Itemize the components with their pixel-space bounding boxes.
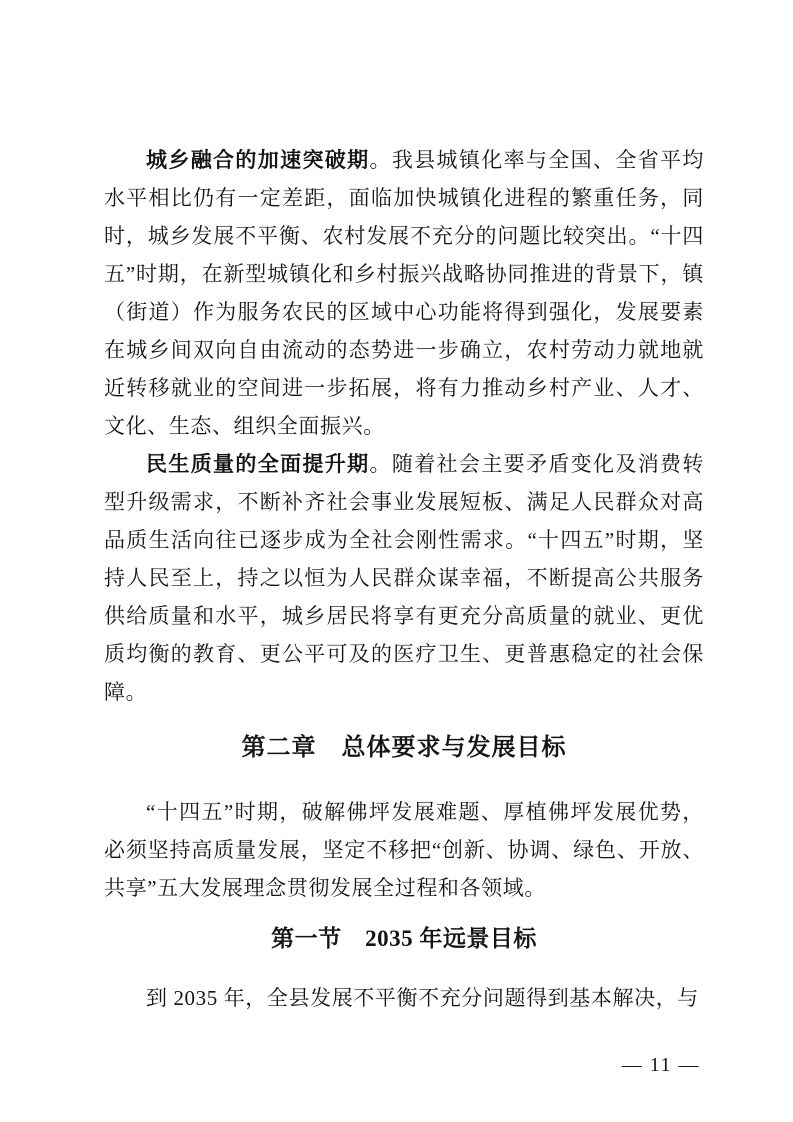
paragraph-livelihood-quality: 民生质量的全面提升期。随着社会主要矛盾变化及消费转型升级需求，不断补齐社会事业发… [104,445,704,711]
section-heading: 第一节 2035 年远景目标 [104,924,704,954]
document-page: 城乡融合的加速突破期。我县城镇化率与全国、全省平均水平相比仍有一定差距，面临加快… [0,0,793,1122]
paragraph-five-development-concepts: “十四五”时期，破解佛坪发展难题、厚植佛坪发展优势，必须坚持高质量发展，坚定不移… [104,793,704,907]
paragraph-lead-separator: 。 [370,148,392,172]
paragraph-2035-vision: 到 2035 年，全县发展不平衡不充分问题得到基本解决，与 [104,979,704,1017]
paragraph-lead-bold: 民生质量的全面提升期 [146,452,370,476]
paragraph-text: 我县城镇化率与全国、全省平均水平相比仍有一定差距，面临加快城镇化进程的繁重任务，… [104,148,704,438]
document-body: 城乡融合的加速突破期。我县城镇化率与全国、全省平均水平相比仍有一定差距，面临加快… [104,0,704,1017]
paragraph-lead-bold: 城乡融合的加速突破期 [146,148,370,172]
page-number: — 11 — [622,1054,700,1077]
paragraph-text: 到 2035 年，全县发展不平衡不充分问题得到基本解决，与 [146,986,699,1010]
paragraph-text: 随着社会主要矛盾变化及消费转型升级需求，不断补齐社会事业发展短板、满足人民群众对… [104,452,704,704]
paragraph-lead-separator: 。 [370,452,392,476]
paragraph-urban-rural-integration: 城乡融合的加速突破期。我县城镇化率与全国、全省平均水平相比仍有一定差距，面临加快… [104,141,704,445]
paragraph-text: “十四五”时期，破解佛坪发展难题、厚植佛坪发展优势，必须坚持高质量发展，坚定不移… [104,800,704,900]
chapter-heading: 第二章 总体要求与发展目标 [104,732,704,764]
